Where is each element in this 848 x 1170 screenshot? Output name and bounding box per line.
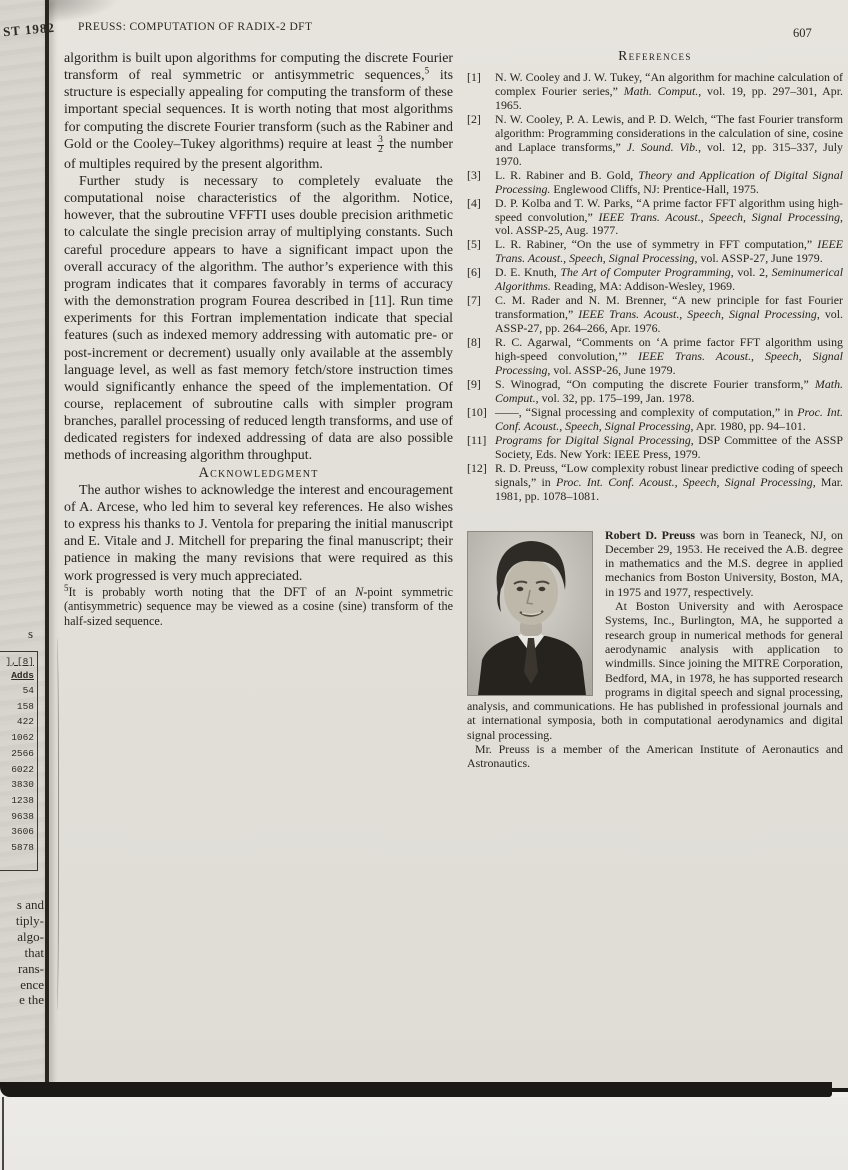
margin-table-title: ],[8] (0, 656, 34, 667)
margin-text-fragment: rans- (0, 961, 44, 977)
bio-paragraph-3: Mr. Preuss is a member of the American I… (467, 742, 843, 771)
reference-label: [6] (467, 266, 491, 280)
reference-item: [6]D. E. Knuth, The Art of Computer Prog… (467, 266, 843, 294)
reference-item: [7]C. M. Rader and N. M. Brenner, “A new… (467, 294, 843, 336)
margin-table-value: 2566 (0, 746, 34, 762)
reference-label: [11] (467, 434, 491, 448)
reference-item: [11]Programs for Digital Signal Processi… (467, 434, 843, 462)
margin-table-value: 1062 (0, 730, 34, 746)
biography-section: Robert D. Preuss was born in Teaneck, NJ… (467, 528, 843, 771)
author-name: Robert D. Preuss (605, 528, 695, 542)
reference-label: [5] (467, 238, 491, 252)
reference-item: [12]R. D. Preuss, “Low complexity robust… (467, 462, 843, 504)
reference-item: [2]N. W. Cooley, P. A. Lewis, and P. D. … (467, 113, 843, 169)
page-curl-mark (55, 638, 59, 1010)
right-column: References [1]N. W. Cooley and J. W. Tuk… (467, 48, 843, 771)
reference-label: [4] (467, 197, 491, 211)
fraction-three-halves: 32 (377, 136, 384, 156)
reference-label: [1] (467, 71, 491, 85)
reference-label: [2] (467, 113, 491, 127)
reference-label: [7] (467, 294, 491, 308)
left-column: algorithm is built upon algorithms for c… (64, 50, 453, 628)
reference-item: [10]——, “Signal processing and complexit… (467, 406, 843, 434)
body-paragraph-1: algorithm is built upon algorithms for c… (64, 50, 453, 173)
margin-table-values: 5415842210622566602238301238963836065878 (0, 683, 37, 856)
margin-text-fragment: tiply- (0, 913, 44, 929)
acknowledgment-paragraph: The author wishes to acknowledge the int… (64, 482, 453, 585)
margin-text-fragment: ence (0, 977, 44, 993)
reference-label: [8] (467, 336, 491, 350)
margin-table-value: 158 (0, 699, 34, 715)
reference-label: [12] (467, 462, 491, 476)
reference-item: [4]D. P. Kolba and T. W. Parks, “A prime… (467, 197, 843, 239)
references-heading: References (467, 48, 843, 64)
reference-item: [1]N. W. Cooley and J. W. Tukey, “An alg… (467, 71, 843, 113)
author-portrait-photo (467, 531, 593, 696)
margin-table-value: 9638 (0, 809, 34, 825)
margin-text-fragment: algo- (0, 929, 44, 945)
reference-item: [3]L. R. Rabiner and B. Gold, Theory and… (467, 169, 843, 197)
running-head: PREUSS: COMPUTATION OF RADIX-2 DFT (78, 21, 312, 33)
reference-label: [3] (467, 169, 491, 183)
margin-table-value: 3606 (0, 824, 34, 840)
reference-label: [10] (467, 406, 491, 420)
margin-table-value: 54 (0, 683, 34, 699)
reference-label: [9] (467, 378, 491, 392)
portrait-illustration (468, 532, 592, 695)
next-page-surface (0, 1097, 848, 1170)
next-page-edge-line (2, 1097, 4, 1170)
reference-item: [9]S. Winograd, “On computing the discre… (467, 378, 843, 406)
margin-stray-letter: s (28, 626, 33, 642)
references-list: [1]N. W. Cooley and J. W. Tukey, “An alg… (467, 71, 843, 504)
page-number: 607 (793, 26, 812, 41)
margin-table-value: 6022 (0, 762, 34, 778)
margin-text-fragment: s and (0, 897, 44, 913)
scanned-page: ST 1982 s ],[8] Adds 5415842210622566602… (0, 0, 848, 1170)
page-binding-line (45, 0, 49, 1088)
margin-table-fragment: ],[8] Adds 54158422106225666022383012389… (0, 651, 38, 871)
reference-item: [5]L. R. Rabiner, “On the use of symmetr… (467, 238, 843, 266)
margin-text-fragment: e the (0, 992, 44, 1008)
reference-item: [8]R. C. Agarwal, “Comments on ‘A prime … (467, 336, 843, 378)
scan-shadow-band (0, 1082, 832, 1097)
margin-table-value: 3830 (0, 777, 34, 793)
margin-table-value: 5878 (0, 840, 34, 856)
footnote: 5It is probably worth noting that the DF… (64, 585, 453, 629)
acknowledgment-heading: Acknowledgment (64, 465, 453, 482)
margin-table-column-header: Adds (0, 670, 34, 681)
body-paragraph-2: Further study is necessary to completely… (64, 173, 453, 465)
margin-table-value: 1238 (0, 793, 34, 809)
margin-table-value: 422 (0, 714, 34, 730)
margin-text-fragment: that (0, 945, 44, 961)
margin-bottom-fragments: s andtiply-algo-thatrans-encee the (0, 897, 44, 1008)
